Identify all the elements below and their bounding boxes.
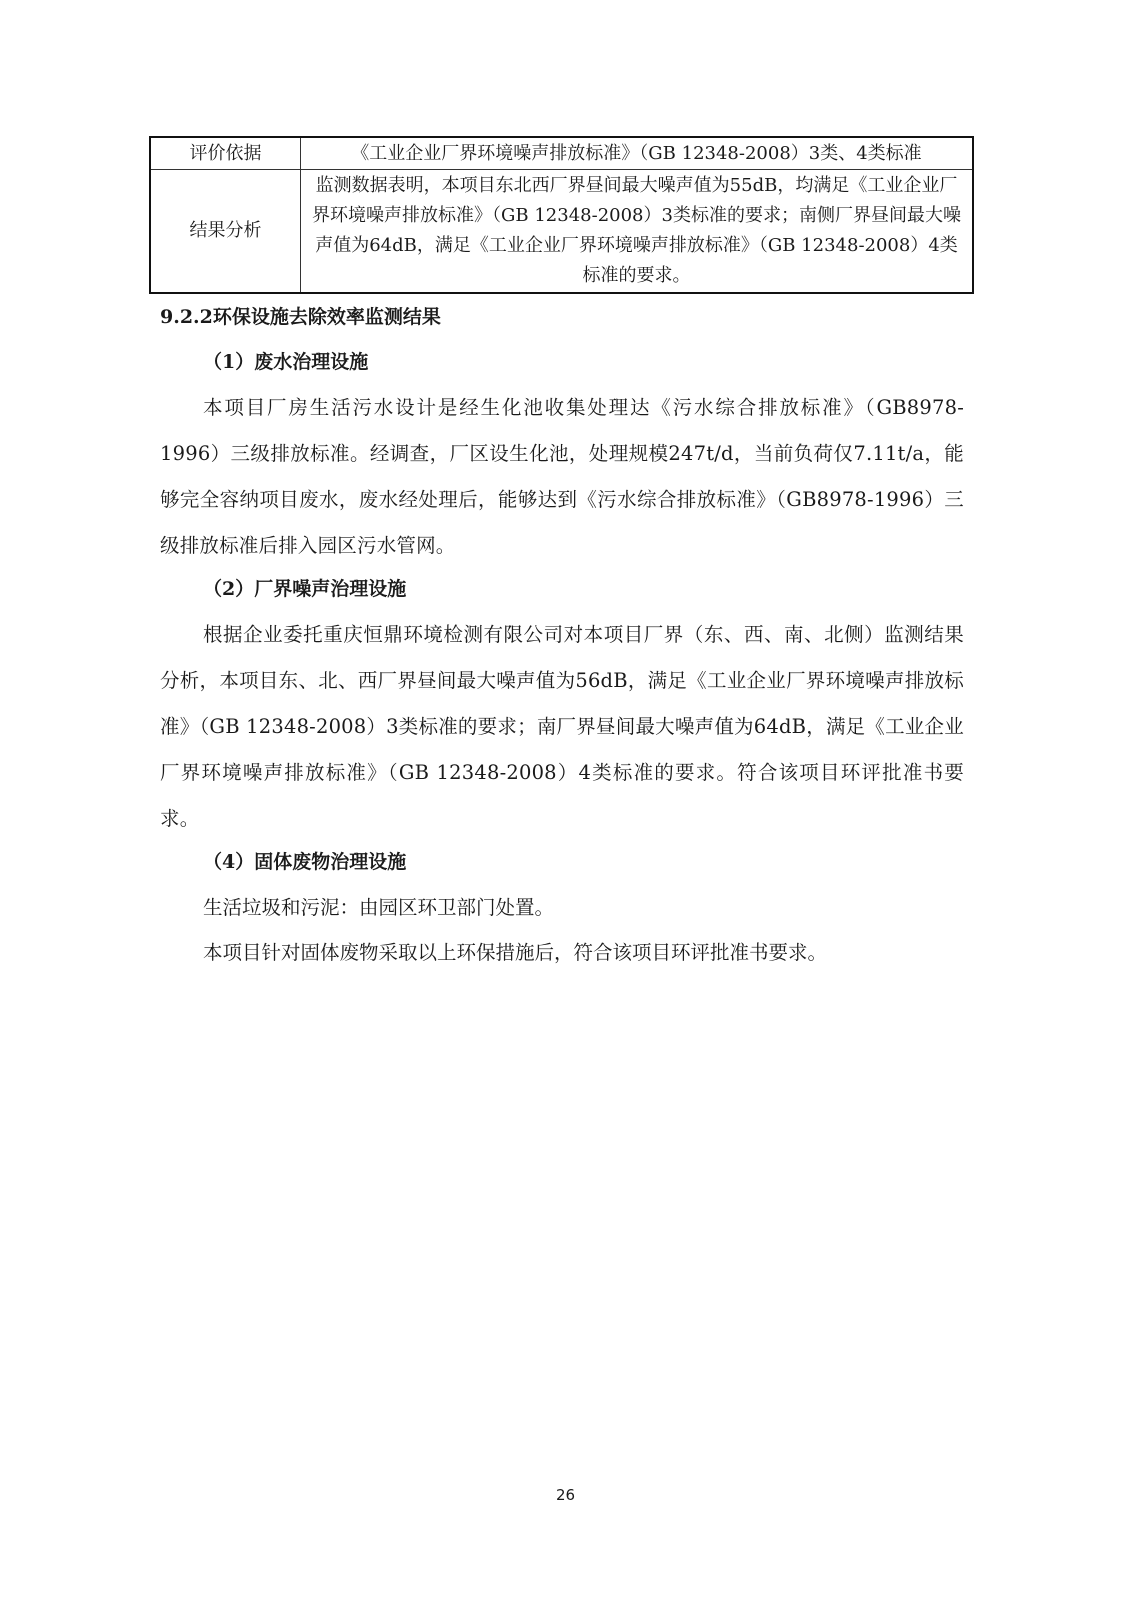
evaluation-table: 评价依据 《工业企业厂界环境噪声排放标准》（GB 12348-2008）3类、4… — [149, 136, 974, 294]
section-heading: 9.2.2环保设施去除效率监测结果 — [160, 302, 441, 332]
paragraph-solid-waste-conclusion: 本项目针对固体废物采取以上环保措施后，符合该项目环评批准书要求。 — [203, 938, 827, 968]
table-row: 结果分析 监测数据表明，本项目东北西厂界昼间最大噪声值为55dB，均满足《工业企… — [150, 170, 973, 294]
subsection-heading-noise: （2）厂界噪声治理设施 — [203, 574, 406, 604]
paragraph-noise: 根据企业委托重庆恒鼎环境检测有限公司对本项目厂界（东、西、南、北侧）监测结果分析… — [160, 612, 964, 842]
row-label-analysis: 结果分析 — [150, 170, 301, 294]
document-page: 评价依据 《工业企业厂界环境噪声排放标准》（GB 12348-2008）3类、4… — [0, 0, 1131, 1600]
paragraph-solid-waste-disposal: 生活垃圾和污泥：由园区环卫部门处置。 — [203, 893, 554, 923]
table-row: 评价依据 《工业企业厂界环境噪声排放标准》（GB 12348-2008）3类、4… — [150, 137, 973, 170]
row-value-analysis: 监测数据表明，本项目东北西厂界昼间最大噪声值为55dB，均满足《工业企业厂界环境… — [301, 170, 974, 294]
subsection-heading-solid-waste: （4）固体废物治理设施 — [203, 847, 406, 877]
subsection-heading-wastewater: （1）废水治理设施 — [203, 347, 368, 377]
page-number: 26 — [0, 1484, 1131, 1506]
row-label-basis: 评价依据 — [150, 137, 301, 170]
paragraph-wastewater: 本项目厂房生活污水设计是经生化池收集处理达《污水综合排放标准》（GB8978-1… — [160, 385, 964, 569]
row-value-basis: 《工业企业厂界环境噪声排放标准》（GB 12348-2008）3类、4类标准 — [301, 137, 974, 170]
